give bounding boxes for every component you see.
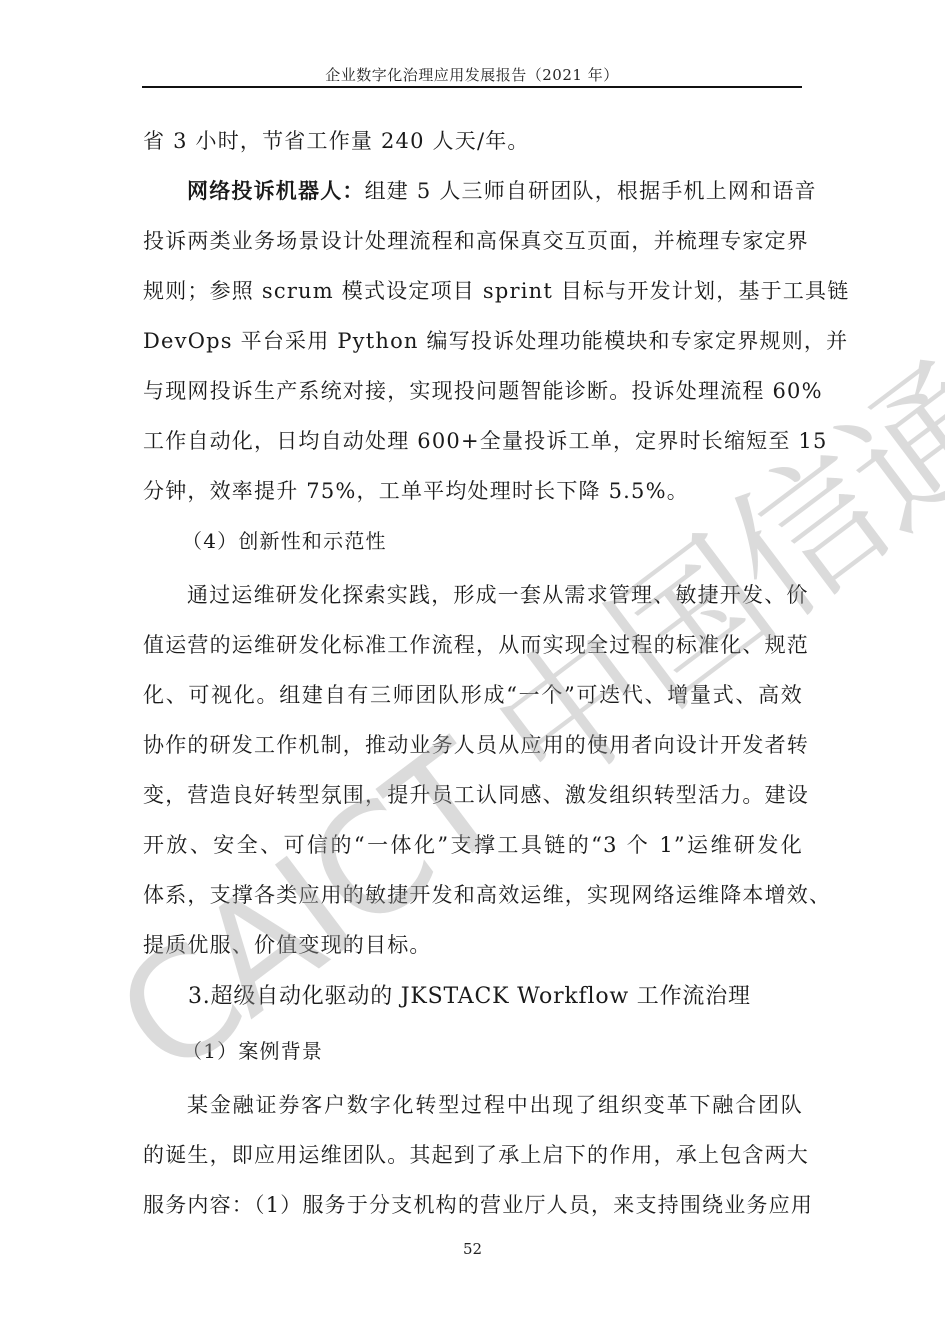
text-line: 与现网投诉生产系统对接，实现投问题智能诊断。投诉处理流程 60% (143, 376, 803, 406)
text-line: 变，营造良好转型氛围，提升员工认同感、激发组织转型活力。建设 (143, 780, 803, 810)
text-line: 省 3 小时，节省工作量 240 人天/年。 (143, 126, 803, 156)
bold-term: 网络投诉机器人： (187, 178, 365, 203)
text-line: 通过运维研发化探索实践，形成一套从需求管理、敏捷开发、价 (187, 580, 803, 610)
section-heading: 3.超级自动化驱动的 JKSTACK Workflow 工作流治理 (188, 982, 848, 1012)
text-line: 体系，支撑各类应用的敏捷开发和高效运维，实现网络运维降本增效、 (143, 880, 803, 910)
subsection-heading-innovation: （4）创新性和示范性 (182, 526, 842, 556)
text-line: 分钟，效率提升 75%，工单平均处理时长下降 5.5%。 (143, 476, 803, 506)
page-number: 52 (0, 1240, 945, 1258)
text-line: 工作自动化，日均自动处理 600+全量投诉工单，定界时长缩短至 15 (143, 426, 803, 456)
text-line: 开放、安全、可信的“一体化”支撑工具链的“3 个 1”运维研发化 (143, 830, 803, 860)
text-line: 提质优服、价值变现的目标。 (143, 930, 803, 960)
text-line: DevOps 平台采用 Python 编写投诉处理功能模块和专家定界规则，并 (143, 326, 803, 356)
text-line: 规则；参照 scrum 模式设定项目 sprint 目标与开发计划，基于工具链 (143, 276, 803, 306)
text-line: 服务内容：（1）服务于分支机构的营业厅人员，来支持围绕业务应用 (143, 1190, 803, 1220)
text-line: 网络投诉机器人：组建 5 人三师自研团队，根据手机上网和语音 (187, 176, 803, 206)
text-line: 协作的研发工作机制，推动业务人员从应用的使用者向设计开发者转 (143, 730, 803, 760)
text-line: 化、可视化。组建自有三师团队形成“一个”可迭代、增量式、高效 (143, 680, 803, 710)
text-line: 的诞生，即应用运维团队。其起到了承上启下的作用，承上包含两大 (143, 1140, 803, 1170)
page-header-title: 企业数字化治理应用发展报告（2021 年） (142, 64, 802, 85)
text-run: 组建 5 人三师自研团队，根据手机上网和语音 (365, 179, 817, 203)
text-line: 投诉两类业务场景设计处理流程和高保真交互页面，并梳理专家定界 (143, 226, 803, 256)
subsection-heading-background: （1）案例背景 (182, 1036, 842, 1066)
header-rule (142, 86, 802, 88)
text-line: 某金融证券客户数字化转型过程中出现了组织变革下融合团队 (187, 1090, 803, 1120)
text-line: 值运营的运维研发化标准工作流程，从而实现全过程的标准化、规范 (143, 630, 803, 660)
